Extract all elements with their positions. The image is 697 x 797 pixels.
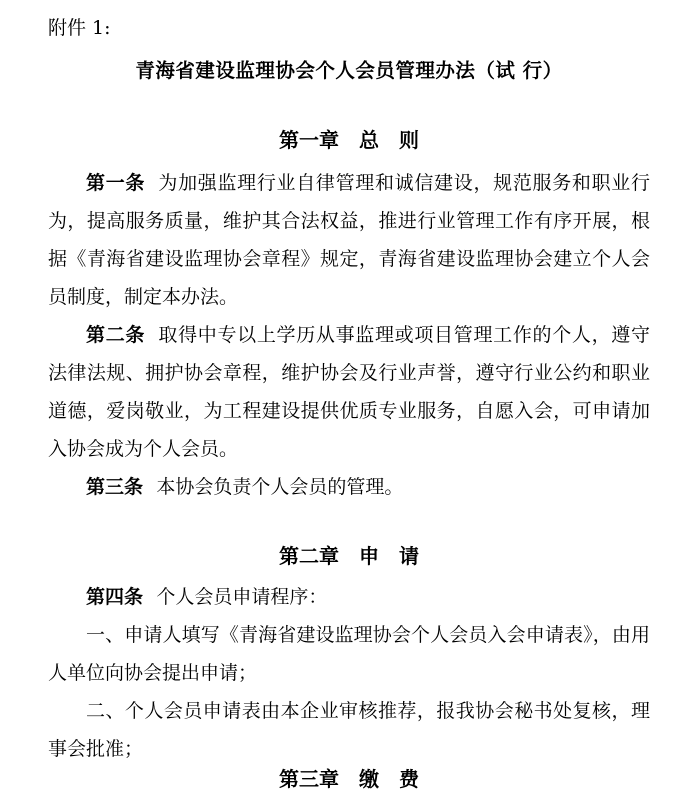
chapter-3-heading: 第三章 缴 费 bbox=[48, 764, 650, 794]
article-3-label: 第三条 bbox=[86, 476, 143, 498]
application-step-2: 二、个人会员申请表由本企业审核推荐，报我协会秘书处复核，理事会批准； bbox=[48, 692, 650, 768]
article-4-text: 个人会员申请程序： bbox=[156, 586, 327, 608]
article-1: 第一条为加强监理行业自律管理和诚信建设，规范服务和职业行为，提高服务质量，维护其… bbox=[48, 164, 650, 316]
document-title: 青海省建设监理协会个人会员管理办法（试 行） bbox=[48, 56, 650, 86]
article-2-label: 第二条 bbox=[86, 324, 145, 346]
attachment-label: 附件 1: bbox=[48, 14, 650, 42]
article-4: 第四条个人会员申请程序： bbox=[48, 578, 650, 616]
article-2: 第二条取得中专以上学历从事监理或项目管理工作的个人，遵守法律法规、拥护协会章程，… bbox=[48, 316, 650, 468]
application-step-1: 一、申请人填写《青海省建设监理协会个人会员入会申请表》，由用人单位向协会提出申请… bbox=[48, 616, 650, 692]
article-1-label: 第一条 bbox=[86, 172, 145, 194]
article-4-label: 第四条 bbox=[86, 586, 143, 608]
article-3-text: 本协会负责个人会员的管理。 bbox=[156, 476, 403, 498]
document-page: 附件 1: 青海省建设监理协会个人会员管理办法（试 行） 第一章 总 则 第一条… bbox=[0, 0, 697, 797]
article-3: 第三条本协会负责个人会员的管理。 bbox=[48, 468, 650, 506]
chapter-1-heading: 第一章 总 则 bbox=[48, 124, 650, 156]
chapter-2-heading: 第二章 申 请 bbox=[48, 540, 650, 572]
